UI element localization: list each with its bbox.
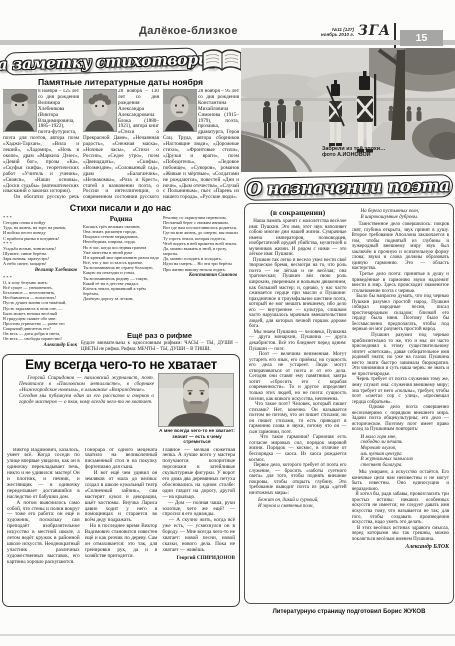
memo-headline: На заметку стихотворцу [0, 49, 219, 74]
memo-entry-khlebnikov: 8 ноября – 125 лет со дня рождения Велим… [3, 89, 79, 201]
essay-author-signature: Александр БЛОК [352, 545, 450, 551]
feature-intro: Георгий Спиридонов — павловский журналис… [7, 374, 154, 445]
essay-left-text: Наша память хранит с малолетства весёлое… [249, 219, 347, 496]
essay-article: (в сокращении) Наша память хранит с мало… [244, 203, 454, 604]
memo-entry-blok: 28 ноября – 130 лет со дня рождения Алек… [83, 89, 159, 201]
feature-column-2: Гонорара от одного мецената хватило на в… [85, 448, 158, 604]
feature-headline: Ему всегда чего-то не хватает [7, 357, 235, 372]
essay-column-right: На берега пустынных волн, В широкошумные… [352, 207, 450, 600]
rhyme-note: Ещё раз о рифме Будьте внимательны к одн… [81, 331, 238, 352]
essay-headline: О назначении поэта [247, 176, 450, 200]
page-number: 15 [400, 30, 443, 46]
essay-subtitle: (в сокращении) [249, 208, 347, 217]
feature-column-3-text: Главное — мелкая сюжетная лепка. А лучше… [162, 448, 235, 553]
simonov-signature: Константин Симонов [163, 273, 237, 278]
feature-lead-row: Георгий Спиридонов — павловский журналис… [7, 374, 235, 445]
memo-entry-simonov: 28 ноября – 95 лет со дня рождения Конст… [163, 89, 239, 201]
open-book-icon [200, 46, 244, 76]
memo-subhead: Памятные литературные даты ноября [0, 77, 241, 87]
poems-col-left: * * * Сегодня снова я пойду Туда, на жиз… [3, 215, 79, 355]
rhyme-note-title: Ещё раз о рифме [81, 331, 238, 340]
rodina-poem-title: Родина [83, 215, 159, 223]
newspaper-page: Далёкое-близкое №11 (127) ноябрь 2010 г.… [0, 0, 455, 646]
essay-right-text-1: Таинственное дело совершилось: покров сн… [352, 222, 450, 432]
newspaper-logo: ЗГА [358, 23, 391, 39]
pushkin-quote-part2: На берега пустынных волн, В широкошумные… [361, 209, 450, 220]
feature-author-signature: Георгий СПИРИДОНОВ [162, 556, 235, 562]
blok-poem: * * * О, я хочу безумно жить: Всё сущее … [3, 275, 79, 342]
issue-date: ноябрь 2010 г. [294, 32, 354, 37]
feature-article: Ему всегда чего-то не хватает Георгий Сп… [2, 354, 240, 607]
blok-portrait-photo [83, 90, 116, 131]
khlebnikov-portrait-photo [3, 90, 36, 131]
photo-caption: Забрели из той эпохи… фото А.ИОНОВОЙ [322, 146, 440, 159]
page-credit: Литературную страницу подготовил Борис Ж… [246, 609, 452, 615]
blok-signature: Александр Блок [3, 343, 77, 348]
rhyme-note-text: Будьте внимательны к однословным рифмам:… [81, 341, 238, 352]
feature-photo-block: А мне всегда чего-то не хватает: значит … [159, 374, 235, 445]
bottom-rule [0, 634, 455, 636]
essay-column-left: (в сокращении) Наша память хранит с мало… [249, 207, 347, 600]
essay-headline-box: О назначении поэта [244, 174, 453, 201]
memo-headline-box: На заметку стихотворцу [4, 47, 199, 75]
feature-photo-caption: А мне всегда чего-то не хватает: значит … [159, 428, 235, 445]
rodina-poem-part1: Касаясь трёх великих океанов, Она лежит,… [83, 224, 159, 301]
rodina-poem-part2: Речонку со скрипучим перевозом, Песчаный… [163, 215, 239, 272]
pushkin-quote-censorship: И мало горя мне, свободно ли печать Моро… [361, 435, 450, 468]
issue-info: №11 (127) ноябрь 2010 г. [294, 27, 354, 38]
section-title: Далёкое-близкое [139, 25, 238, 37]
simonov-portrait-photo [163, 90, 196, 131]
poems-section-title: Стихи писали и до нас [0, 203, 241, 213]
khlebnikov-signature: Велимир Хлебников [3, 268, 77, 273]
pushkin-quote-part1: Бежит он, дикий и суровый, И звуков и см… [258, 498, 347, 509]
feature-column-1: Виктор Вадимович, казалось, умеет всё. К… [7, 448, 80, 604]
header-rule [0, 40, 455, 45]
khlebnikov-poems: * * * Сегодня снова я пойду Туда, на жиз… [3, 215, 79, 267]
feature-columns: Виктор Вадимович, казалось, умеет всё. К… [7, 448, 235, 604]
bearded-man-photo [159, 374, 233, 426]
essay-right-text-2: Мы умираем, а искусство остаётся. Его ко… [352, 470, 450, 542]
memo-columns: 8 ноября – 125 лет со дня рождения Велим… [3, 89, 239, 201]
feature-column-3: Главное — мелкая сюжетная лепка. А лучше… [162, 448, 235, 604]
photo-caption-line2: фото А.ИОНОВОЙ [322, 152, 440, 158]
